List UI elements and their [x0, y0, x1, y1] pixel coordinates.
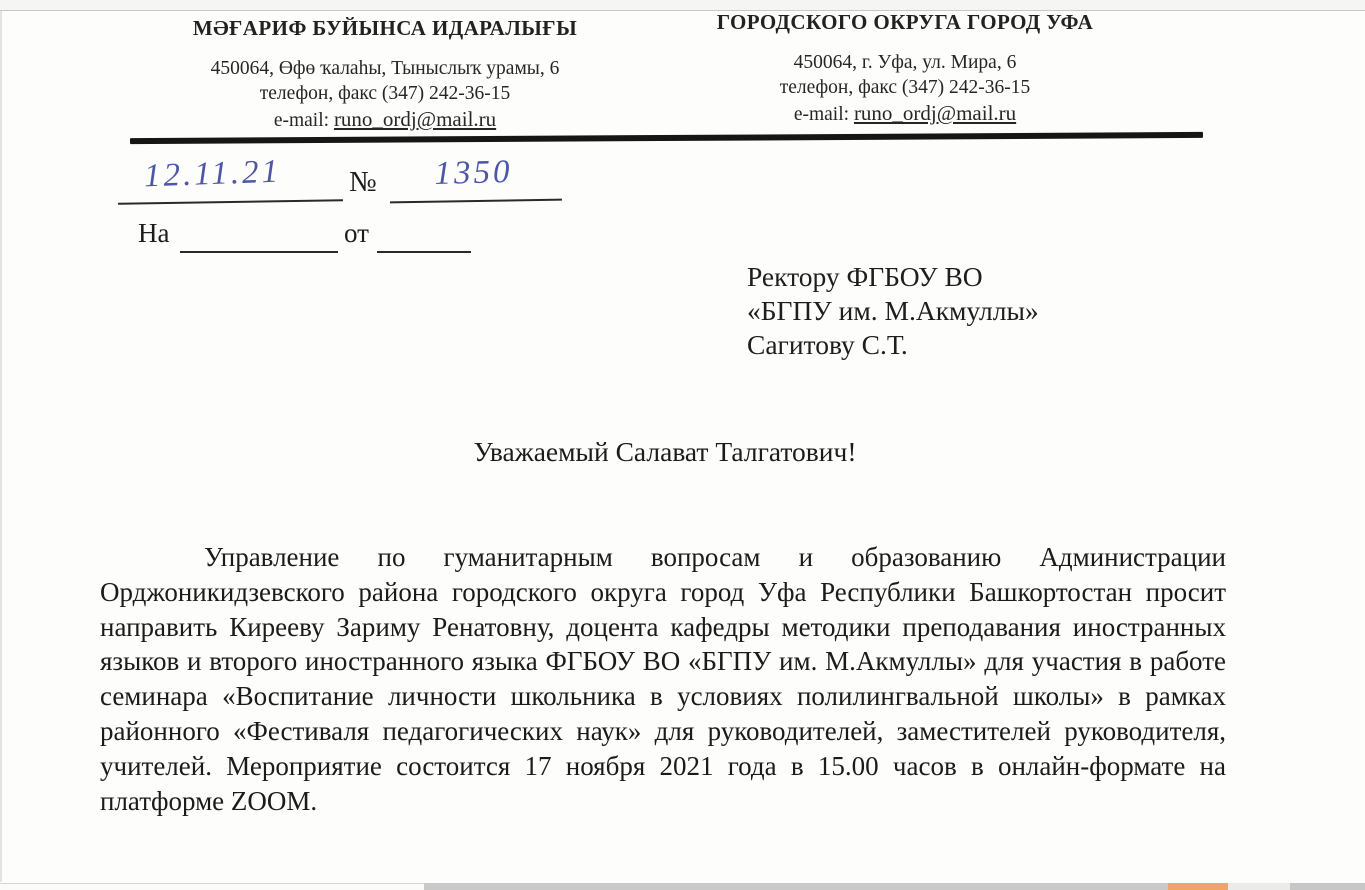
scrollbar-track[interactable] [424, 883, 1168, 890]
date-underline [118, 199, 343, 205]
scrollbar-thumb[interactable] [1168, 883, 1228, 890]
address-line-bashkir: 450064, Өфө ҡалаһы, Тыныслыҡ урамы, 6 [150, 56, 620, 81]
phone-line-left: телефон, факс (347) 242-36-15 [150, 81, 620, 106]
letter-body-paragraph: Управление по гуманитарным вопросам и об… [100, 540, 1226, 818]
org-name-russian: ГОРОДСКОГО ОКРУГА ГОРОД УФА [670, 10, 1140, 35]
number-sign: № [349, 166, 377, 199]
org-name-bashkir: МӘҒАРИФ БУЙЫНСА ИДАРАЛЫҒЫ [150, 16, 620, 41]
email-address-left: runo_ordj@mail.ru [334, 107, 496, 131]
recipient-line-3: Сагитову С.Т. [747, 328, 1039, 362]
scanned-letter-page: МӘҒАРИФ БУЙЫНСА ИДАРАЛЫҒЫ 450064, Өфө ҡа… [0, 0, 1365, 890]
scrollbar-track-end[interactable] [1290, 883, 1365, 890]
ot-label: от [344, 218, 369, 249]
handwritten-date: 12.11.21 [99, 152, 325, 197]
na-underline [180, 251, 338, 253]
email-label-right: e-mail: [794, 104, 854, 125]
email-line-left: e-mail: runo_ordj@mail.ru [150, 106, 620, 134]
na-label: На [138, 218, 169, 249]
ot-underline [377, 251, 471, 253]
email-label-left: e-mail: [274, 110, 334, 131]
email-address-right: runo_ordj@mail.ru [854, 101, 1016, 125]
email-line-right: e-mail: runo_ordj@mail.ru [670, 100, 1140, 128]
recipient-block: Ректору ФГБОУ ВО «БГПУ им. М.Акмуллы» Са… [747, 260, 1039, 362]
letterhead-left-column: МӘҒАРИФ БУЙЫНСА ИДАРАЛЫҒЫ 450064, Өфө ҡа… [150, 16, 620, 134]
recipient-line-2: «БГПУ им. М.Акмуллы» [747, 294, 1039, 328]
letterhead-right-column: ГОРОДСКОГО ОКРУГА ГОРОД УФА 450064, г. У… [670, 10, 1140, 128]
scrollbar-segment-white [0, 883, 424, 890]
number-underline [390, 199, 562, 204]
bottom-scrollbar[interactable] [0, 883, 1365, 890]
salutation: Уважаемый Салават Талгатович! [0, 436, 1330, 468]
phone-line-right: телефон, факс (347) 242-36-15 [670, 75, 1140, 100]
handwritten-number: 1350 [396, 153, 552, 194]
scrollbar-segment-light [1228, 883, 1290, 890]
address-line-russian: 450064, г. Уфа, ул. Мира, 6 [670, 50, 1140, 75]
recipient-line-1: Ректору ФГБОУ ВО [747, 260, 1039, 294]
